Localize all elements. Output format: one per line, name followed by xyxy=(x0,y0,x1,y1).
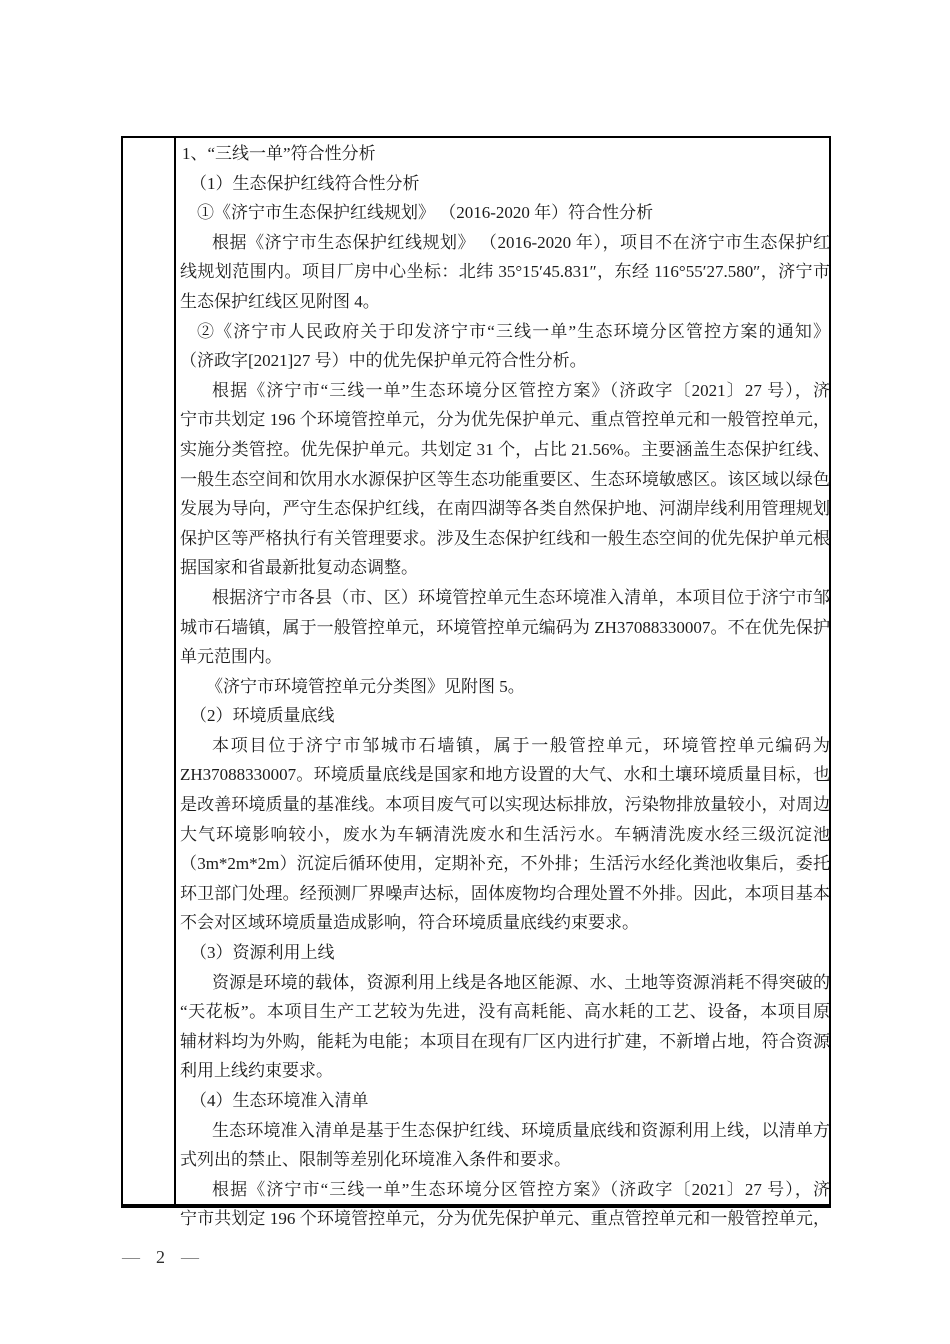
text-line: 1、“三线一单”符合性分析 xyxy=(180,139,830,169)
page-number: — 2 — xyxy=(122,1242,199,1272)
page-number-dash-left: — xyxy=(122,1247,140,1268)
text-line: 一般生态空间和饮用水水源保护区等生态功能重要区、生态环境敏感区。该区域以绿色 xyxy=(180,465,830,495)
page-number-dash-right: — xyxy=(181,1247,199,1268)
text-line: 本项目位于济宁市邹城市石墙镇，属于一般管控单元，环境管控单元编码为 xyxy=(180,731,830,761)
text-line: （2）环境质量底线 xyxy=(180,701,830,731)
text-line: 发展为导向，严守生态保护红线，在南四湖等各类自然保护地、河湖岸线利用管理规划 xyxy=(180,494,830,524)
page-number-value: 2 xyxy=(156,1247,165,1268)
text-line: 大气环境影响较小，废水为车辆清洗废水和生活污水。车辆清洗废水经三级沉淀池 xyxy=(180,820,830,850)
text-line: 实施分类管控。优先保护单元。共划定 31 个，占比 21.56%。主要涵盖生态保… xyxy=(180,435,830,465)
text-line: （3）资源利用上线 xyxy=(180,938,830,968)
text-line: 式列出的禁止、限制等差别化环境准入条件和要求。 xyxy=(180,1145,830,1175)
text-line: ①《济宁市生态保护红线规划》 （2016-2020 年）符合性分析 xyxy=(180,198,830,228)
text-line: 生态保护红线区见附图 4。 xyxy=(180,287,830,317)
text-line: 生态环境准入清单是基于生态保护红线、环境质量底线和资源利用上线，以清单方 xyxy=(180,1116,830,1146)
text-line: 根据《济宁市“三线一单”生态环境分区管控方案》（济政字〔2021〕27 号），济 xyxy=(180,376,830,406)
text-line: 单元范围内。 xyxy=(180,642,830,672)
text-line: （4）生态环境准入清单 xyxy=(180,1086,830,1116)
content-table: 1、“三线一单”符合性分析（1）生态保护红线符合性分析①《济宁市生态保护红线规划… xyxy=(121,136,831,1208)
text-line: 保护区等严格执行有关管理要求。涉及生态保护红线和一般生态空间的优先保护单元根 xyxy=(180,524,830,554)
text-line: （济政字[2021]27 号）中的优先保护单元符合性分析。 xyxy=(180,346,830,376)
text-line: （3m*2m*2m）沉淀后循环使用，定期补充，不外排；生活污水经化粪池收集后，委… xyxy=(180,849,830,879)
text-line: 城市石墙镇，属于一般管控单元，环境管控单元编码为 ZH37088330007。不… xyxy=(180,613,830,643)
text-line: 根据济宁市各县（市、区）环境管控单元生态环境准入清单，本项目位于济宁市邹 xyxy=(180,583,830,613)
text-line: 环卫部门处理。经预测厂界噪声达标，固体废物均合理处置不外排。因此，本项目基本 xyxy=(180,879,830,909)
text-line: 辅材料均为外购，能耗为电能；本项目在现有厂区内进行扩建，不新增占地，符合资源 xyxy=(180,1027,830,1057)
text-line: ②《济宁市人民政府关于印发济宁市“三线一单”生态环境分区管控方案的通知》 xyxy=(180,317,830,347)
text-line: 宁市共划定 196 个环境管控单元，分为优先保护单元、重点管控单元和一般管控单元… xyxy=(180,1204,830,1234)
document-page: 1、“三线一单”符合性分析（1）生态保护红线符合性分析①《济宁市生态保护红线规划… xyxy=(0,0,950,1344)
text-line: 据国家和省最新批复动态调整。 xyxy=(180,553,830,583)
text-line: 不会对区域环境质量造成影响，符合环境质量底线约束要求。 xyxy=(180,908,830,938)
content-cell: 1、“三线一单”符合性分析（1）生态保护红线符合性分析①《济宁市生态保护红线规划… xyxy=(180,139,830,1234)
text-line: 资源是环境的载体，资源利用上线是各地区能源、水、土地等资源消耗不得突破的 xyxy=(180,968,830,998)
text-line: （1）生态保护红线符合性分析 xyxy=(180,169,830,199)
text-line: 宁市共划定 196 个环境管控单元，分为优先保护单元、重点管控单元和一般管控单元… xyxy=(180,405,830,435)
text-line: 根据《济宁市生态保护红线规划》 （2016-2020 年），项目不在济宁市生态保… xyxy=(180,228,830,258)
row-label-cell xyxy=(123,138,176,1204)
text-line: ZH37088330007。环境质量底线是国家和地方设置的大气、水和土壤环境质量… xyxy=(180,760,830,790)
text-line: 根据《济宁市“三线一单”生态环境分区管控方案》（济政字〔2021〕27 号），济 xyxy=(180,1175,830,1205)
text-line: 是改善环境质量的基准线。本项目废气可以实现达标排放，污染物排放量较小，对周边 xyxy=(180,790,830,820)
text-line: 利用上线约束要求。 xyxy=(180,1056,830,1086)
text-line: 《济宁市环境管控单元分类图》见附图 5。 xyxy=(180,672,830,702)
text-line: “天花板”。本项目生产工艺较为先进，没有高耗能、高水耗的工艺、设备，本项目原 xyxy=(180,997,830,1027)
text-line: 线规划范围内。项目厂房中心坐标：北纬 35°15′45.831″，东经 116°… xyxy=(180,257,830,287)
